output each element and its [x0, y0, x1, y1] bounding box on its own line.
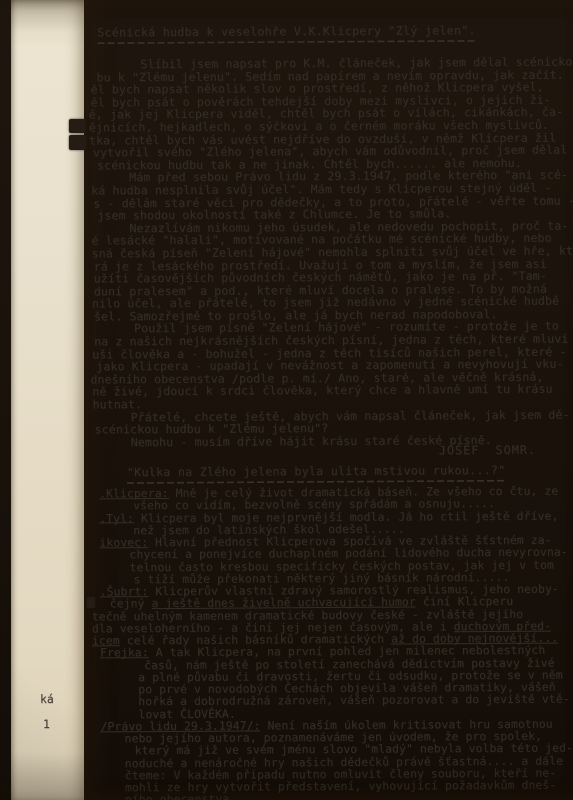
- underlined-text: .Tyl:: [99, 511, 134, 525]
- book-page-photo: Scénická hudba k veselohře V.K.Klicpery …: [0, 0, 573, 800]
- margin-text-fragment: 1: [43, 717, 50, 731]
- text-line: ně živé, jdoucí k srdci člověka, který c…: [92, 382, 573, 398]
- underlined-text: Frejka:: [100, 645, 149, 659]
- quote-heading: "Kulka na Zlého jelena byla ulita mstivo…: [127, 463, 506, 484]
- ink-blot: [69, 135, 86, 150]
- sheet-content: Scénická hudba k veselohře V.K.Klicpery …: [84, 0, 573, 800]
- author-signature: JOSEF SOMR.: [439, 443, 536, 458]
- text-segment: Nemohu - musím dříve hájit krásu staré č…: [131, 433, 492, 449]
- quotes-text-block: .Klicpera: Mně je celý život dramatická …: [99, 484, 573, 800]
- text-segment: ního obecenstva....: [125, 792, 257, 800]
- ink-blot: [69, 119, 85, 133]
- typewritten-sheet: Scénická hudba k veselohře V.K.Klicpery …: [84, 0, 573, 800]
- article-text-block: Slíbil jsem napsat pro K.M. článeček, ja…: [96, 55, 573, 449]
- document-title: Scénická hudba k veselohře V.K.Klicpery …: [97, 23, 476, 44]
- ink-blot: [87, 597, 95, 608]
- text-segment: ně živé, jdoucí k srdci člověka, který c…: [92, 382, 552, 399]
- margin-text-fragment: ká: [40, 692, 54, 706]
